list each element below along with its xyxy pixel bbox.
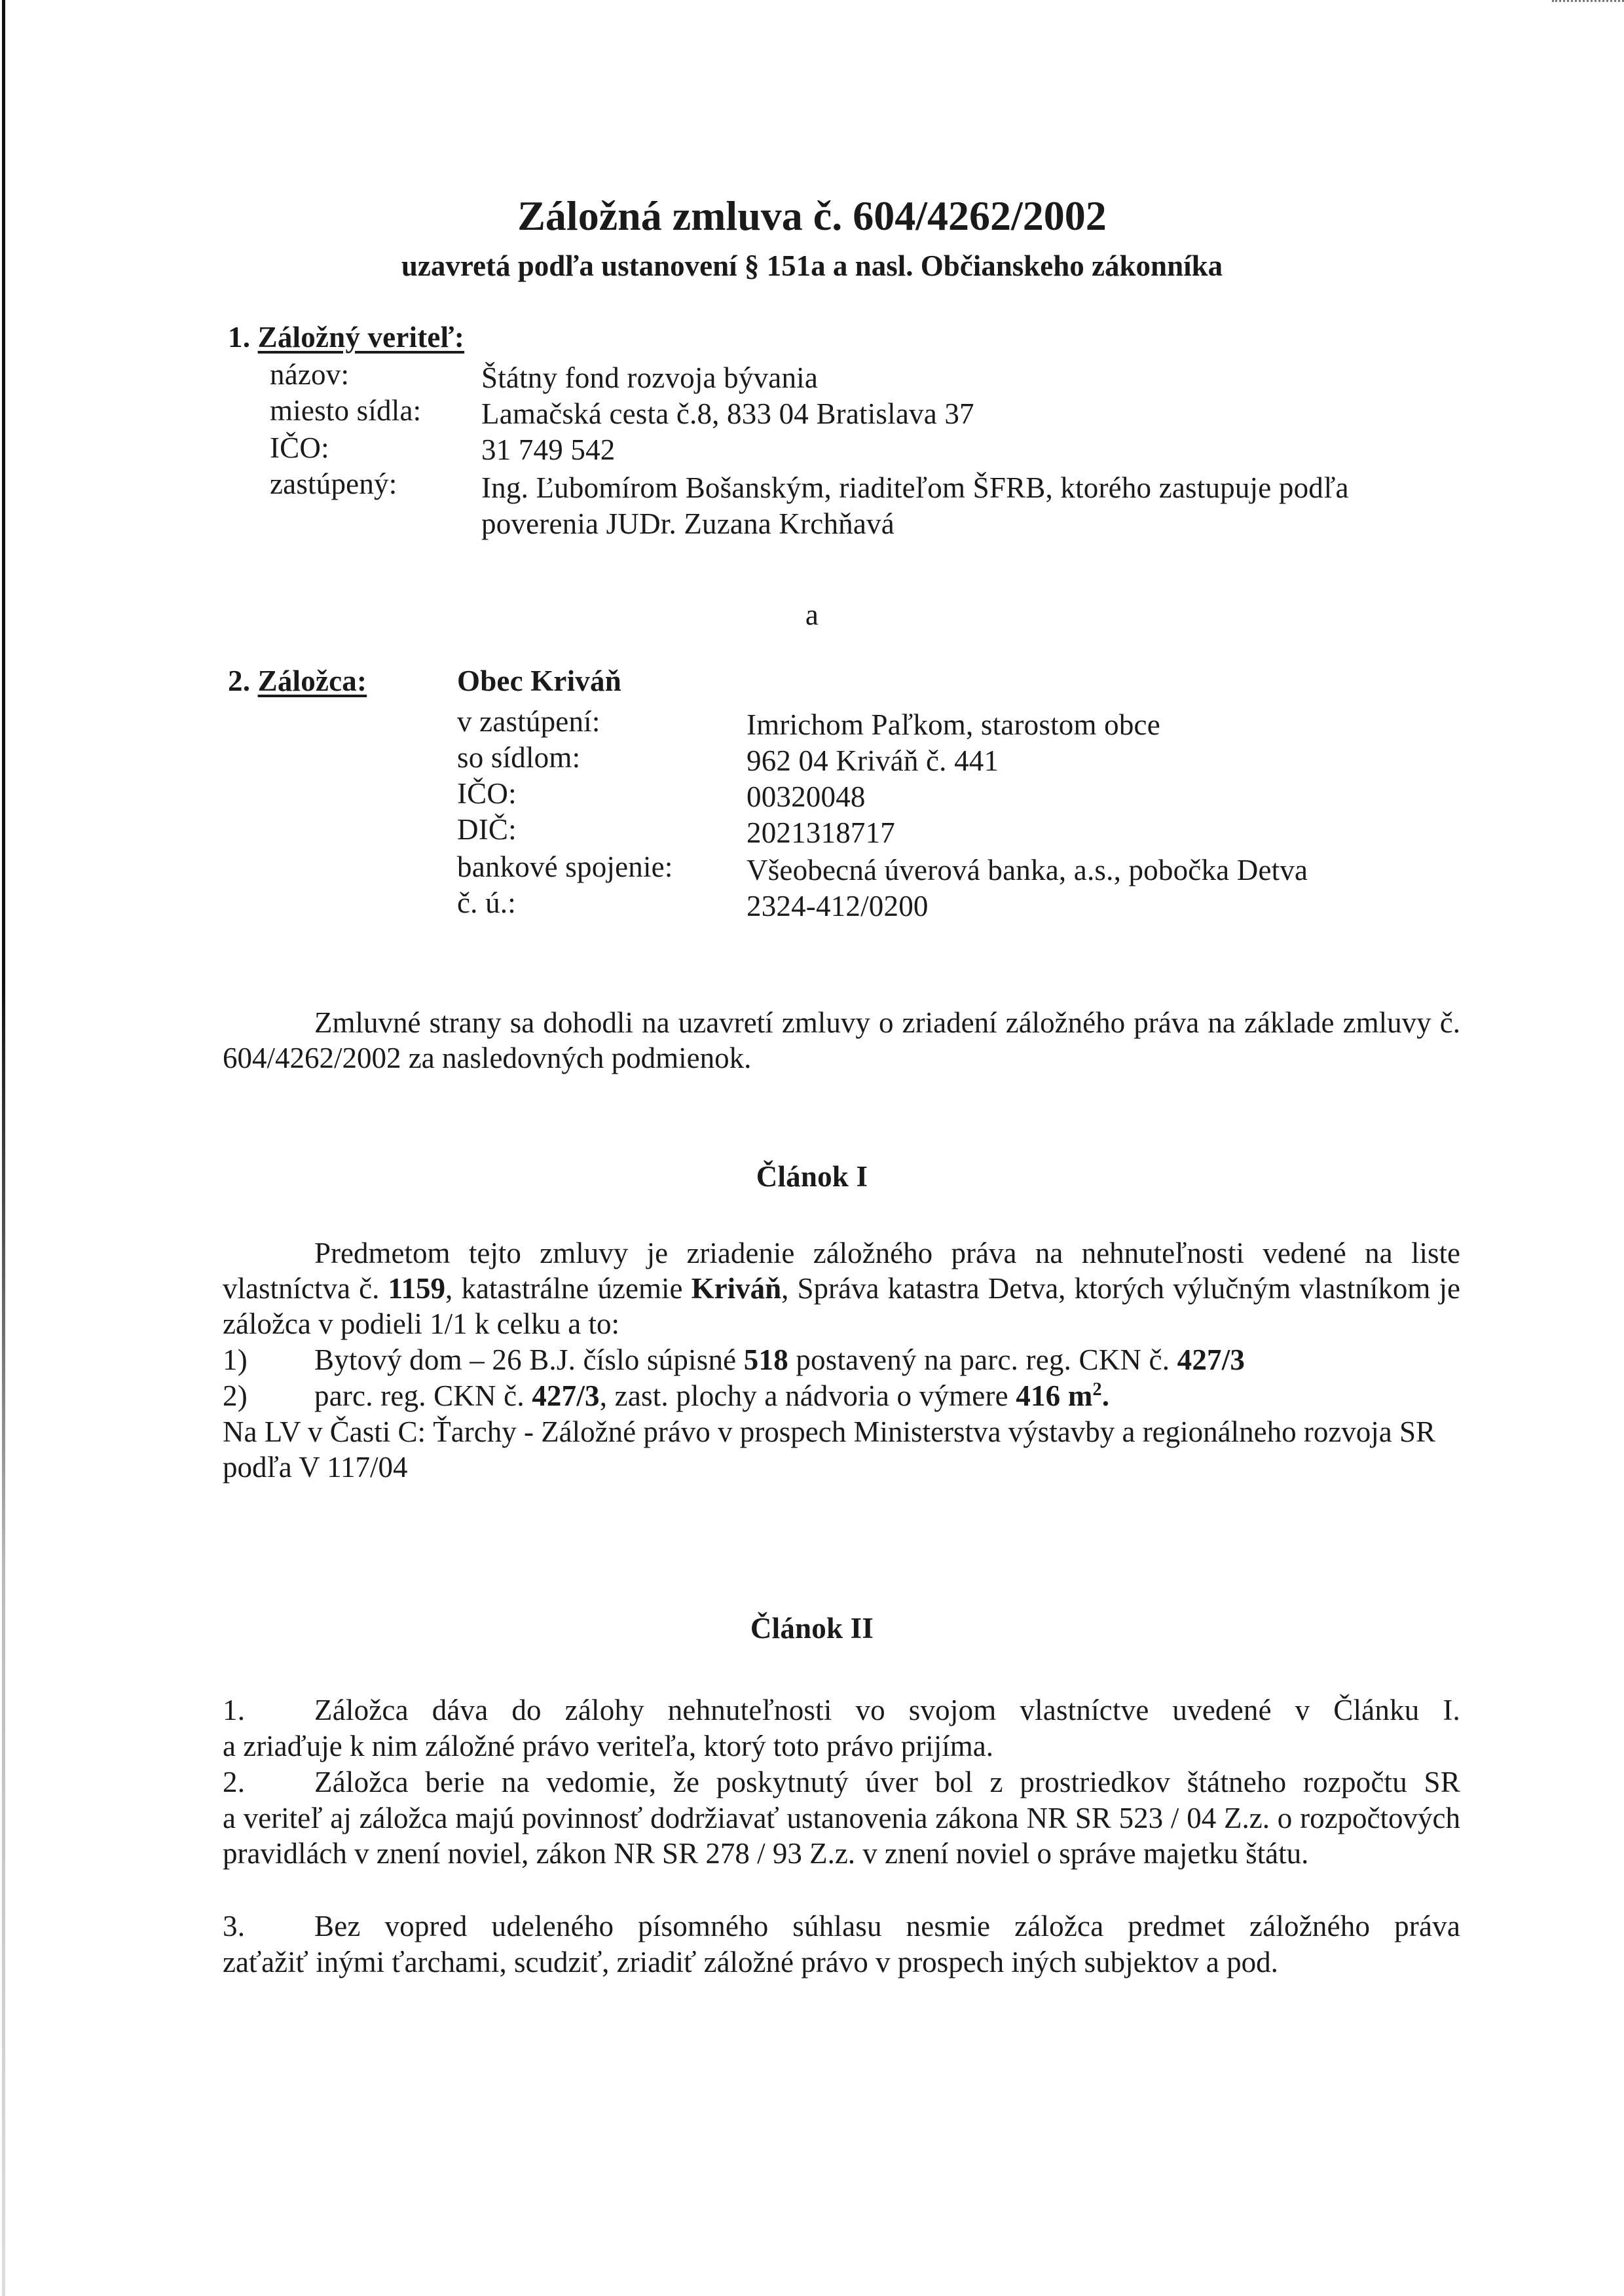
creditor-ico-label: IČO: xyxy=(270,430,329,465)
connector-and: a xyxy=(0,597,1624,632)
section1-title: Záložný veriteľ: xyxy=(258,321,464,354)
scan-corner-mark xyxy=(1552,0,1624,5)
creditor-name-label: názov: xyxy=(270,357,349,392)
pledgor-bank-value: Všeobecná úverová banka, a.s., pobočka D… xyxy=(747,852,1308,888)
pledgor-seat-label: so sídlom: xyxy=(457,740,580,775)
creditor-seat-value: Lamačská cesta č.8, 833 04 Bratislava 37 xyxy=(481,396,974,431)
intro-paragraph: Zmluvné strany sa dohodli na uzavretí zm… xyxy=(223,1005,1460,1076)
item-1-parcel: 427/3 xyxy=(1177,1343,1246,1376)
encumbrance-note: Na LV v Časti C: Ťarchy - Záložné právo … xyxy=(223,1414,1454,1485)
pledgor-dic-value: 2021318717 xyxy=(747,815,895,850)
property-item-2-text: parc. reg. CKN č. 427/3, zast. plochy a … xyxy=(314,1378,1109,1413)
section2-title: Záložca: xyxy=(258,665,367,697)
property-item-1: 1) Bytový dom – 26 B.J. číslo súpisné 51… xyxy=(0,1342,1624,1377)
clause-1-number: 1. xyxy=(223,1692,245,1728)
clause-2-number: 2. xyxy=(223,1764,245,1800)
pledgor-dic-label: DIČ: xyxy=(457,812,517,847)
item-1-mid: postavený na parc. reg. CKN č. xyxy=(788,1343,1177,1376)
document-subtitle: uzavretá podľa ustanovení § 151a a nasl.… xyxy=(0,247,1624,284)
document-page: Záložná zmluva č. 604/4262/2002 uzavretá… xyxy=(0,0,1624,2296)
creditor-representative-label: zastúpený: xyxy=(270,466,397,501)
article1-heading: Článok I xyxy=(0,1159,1624,1194)
property-item-2: 2) parc. reg. CKN č. 427/3, zast. plochy… xyxy=(0,1378,1624,1413)
pledgor-ico-value: 00320048 xyxy=(747,779,866,814)
item-1-supisne-cislo: 518 xyxy=(744,1343,788,1376)
item-1-pre: Bytový dom – 26 B.J. číslo súpisné xyxy=(314,1343,744,1376)
clause-2-cont: a veriteľ aj záložca majú povinnosť dodr… xyxy=(223,1800,1460,1871)
item-2-area-value: 416 m xyxy=(1016,1379,1092,1412)
item-2-area: 416 m2. xyxy=(1016,1379,1109,1412)
clause-2-text: Záložca berie na vedomie, že poskytnutý … xyxy=(314,1764,1460,1800)
pledgor-ico-label: IČO: xyxy=(457,776,517,811)
pledgor-name: Obec Kriváň xyxy=(457,663,621,699)
scan-edge-line xyxy=(2,0,5,2296)
section1-heading: 1. Záložný veriteľ: xyxy=(228,319,464,355)
document-title: Záložná zmluva č. 604/4262/2002 xyxy=(0,190,1624,242)
clause-1-cont: a zriaďuje k nim záložné právo veriteľa,… xyxy=(223,1728,1460,1764)
item-2-parcel: 427/3 xyxy=(532,1379,600,1412)
item-2-mid: , zast. plochy a nádvoria o výmere xyxy=(600,1379,1016,1412)
property-item-1-text: Bytový dom – 26 B.J. číslo súpisné 518 p… xyxy=(314,1342,1245,1377)
creditor-name-value: Štátny fond rozvoja bývania xyxy=(481,360,818,395)
creditor-seat-label: miesto sídla: xyxy=(270,393,421,428)
pledgor-account-label: č. ú.: xyxy=(457,885,516,920)
clause-3-text: Bez vopred udeleného písomného súhlasu n… xyxy=(314,1908,1460,1944)
creditor-representative-value: Ing. Ľubomírom Bošanským, riaditeľom ŠFR… xyxy=(481,470,1349,505)
item-2-pre: parc. reg. CKN č. xyxy=(314,1379,532,1412)
article1-text-mid: , katastrálne územie xyxy=(445,1272,692,1305)
item-2-area-exponent: 2 xyxy=(1093,1379,1102,1400)
article1-paragraph: Predmetom tejto zmluvy je zriadenie zálo… xyxy=(223,1235,1460,1341)
clause-1-text: Záložca dáva do zálohy nehnuteľnosti vo … xyxy=(314,1692,1460,1728)
article2-heading: Článok II xyxy=(0,1611,1624,1646)
property-item-2-number: 2) xyxy=(223,1378,248,1413)
clause-3-number: 3. xyxy=(223,1908,245,1944)
lv-number: 1159 xyxy=(388,1272,446,1305)
pledgor-representative-label: v zastúpení: xyxy=(457,704,600,739)
clause-3-cont: zaťažiť inými ťarchami, scudziť, zriadiť… xyxy=(223,1944,1460,1980)
creditor-ico-value: 31 749 542 xyxy=(481,432,616,467)
pledgor-account-value: 2324-412/0200 xyxy=(747,888,929,924)
section1-number: 1. xyxy=(228,321,250,354)
cadastral-area: Kriváň xyxy=(692,1272,782,1305)
section2-heading: 2. Záložca: xyxy=(228,663,367,699)
pledgor-bank-label: bankové spojenie: xyxy=(457,849,673,884)
item-2-post: . xyxy=(1102,1379,1109,1412)
pledgor-seat-value: 962 04 Kriváň č. 441 xyxy=(747,743,999,778)
property-item-1-number: 1) xyxy=(223,1342,248,1377)
creditor-representative-value-cont: poverenia JUDr. Zuzana Krchňavá xyxy=(481,506,895,541)
pledgor-representative-value: Imrichom Paľkom, starostom obce xyxy=(747,707,1160,742)
section2-number: 2. xyxy=(228,665,250,697)
